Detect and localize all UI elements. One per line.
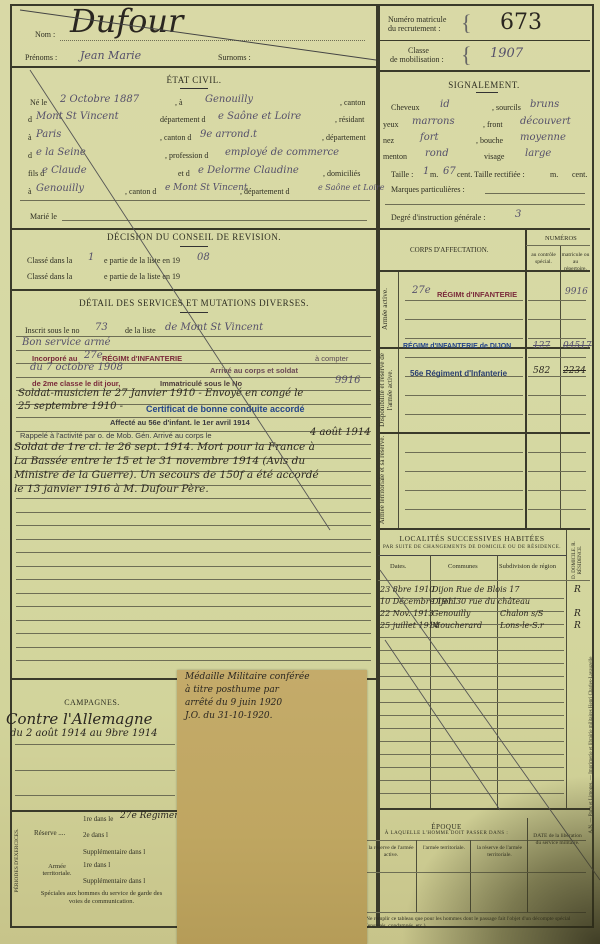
taille-cm-value: 67 [443,166,456,177]
ruled-line [16,647,371,648]
incorpore-regiment-num: 27e [84,350,103,361]
section-divider [378,432,590,434]
epoque-col1: la réserve de l'armée active. [366,845,416,859]
ruled-line [528,395,586,396]
ruled-line [16,579,371,580]
taille-cm-label: cent. Taille rectifiée : [457,170,525,179]
a-compter: à compter [315,354,348,363]
ruled-line [405,471,523,472]
profession-value: employé de commerce [225,147,339,158]
corps-header-bottom [378,270,590,272]
ruled-line [528,300,586,301]
resident-value: Paris [36,129,61,140]
col-divider [560,245,561,528]
taille-m-value: 1 [423,166,429,177]
domicilies-label: , domiciliés [323,169,360,178]
speciales: Spéciales aux hommes du service de garde… [34,890,169,906]
bouche-label: , bouche [476,136,503,145]
col-divider [470,840,471,912]
arrive-text: Arrivé au corps et soldat [210,366,298,375]
ruled-line [16,566,371,567]
nom-value: Dufour [70,2,183,40]
ruled-line [16,606,371,607]
visage-label: visage [484,152,504,161]
corps-row1-num: 27e [412,285,431,296]
corps-row2-matricule: 04517 [563,341,592,351]
localites-title: LOCALITÉS SUCCESSIVES HABITÉES [378,534,566,543]
matricule-label-2: du recrutement : [388,24,440,33]
ruled-line [380,741,564,742]
ne-le-label: Né le [30,98,47,107]
ruled-line [16,512,371,513]
col-communes: Communes [448,563,478,570]
ruled-line [380,728,564,729]
localite-commune: Genouilly [432,609,470,618]
ruled-line [405,395,523,396]
localite-flag: R [574,585,581,595]
rule [20,200,370,201]
medaille-line2: à titre posthume par [185,685,279,695]
nom-label: Nom : [35,30,55,39]
departement2-value: e la Seine [36,147,86,158]
ruled-line [405,319,523,320]
corps-title: CORPS D'AFFECTATION. [410,246,489,254]
medaille-line1: Médaille Militaire conférée [185,672,310,682]
medaille-line3: arrêté du 9 juin 1920 [185,698,282,708]
liste-value: de Mont St Vincent [165,322,263,333]
section-territoriale: Armée territoriale et sa réserve. [378,435,386,525]
degre-value: 3 [515,209,521,220]
classe-value: 1907 [490,46,523,61]
menton-label: menton [383,152,407,161]
title-underline [476,92,498,93]
corps-row2-controle: 127 [533,341,550,351]
fils-value: e Claude [42,165,87,176]
prenoms-label: Prénoms : [25,53,57,62]
corps-row2-stamp: RÉGIMt d'INFANTERIE de DIJON [403,343,511,350]
line-soldat: Soldat de 1re cl. le 26 sept. 1914. Mort… [14,441,315,453]
bouche-value: moyenne [520,132,566,143]
header-divider [12,66,376,68]
liste-label: de la liste [125,326,156,335]
nez-label: nez [383,136,394,145]
localites-subtitle: PAR SUITE DE CHANGEMENTS DE DOMICILE OU … [378,545,566,550]
epoque-note: Ne remplir ce tableau que pour les homme… [366,916,581,930]
matricule-value: 673 [500,10,542,35]
rule [378,580,590,581]
sourcils-value: bruns [530,99,559,110]
matricule-divider [378,40,590,41]
ruled-line [380,767,564,768]
yeux-value: marrons [412,116,455,127]
military-register-page: Nom : Dufour Prénoms : Jean Marie Surnom… [0,0,600,944]
departement2-prefix: d [28,151,32,160]
canton2-label: , canton d [160,133,191,142]
section-disponibilite: Disponibilité et réserve de l'armée acti… [378,345,394,435]
classe-divider [378,70,590,72]
matricule-label-1: Numéro matricule [388,15,446,24]
line-musicien: Soldat-musicien le 27 Janvier 1910 - Env… [18,388,303,399]
affecte-stamp: Affecté au 56e d'infant. le 1er avril 19… [110,418,250,427]
col-flag: D. DOMICILE. R. RÉSIDENCE. [572,535,584,585]
departement-label: département d [160,115,206,124]
section-active: Armée active. [380,273,389,345]
epoque-col2: l'armée territoriale. [418,845,470,852]
signalement-bottom [378,228,590,230]
ruled-line [528,490,586,491]
prenoms-value: Jean Marie [80,49,141,62]
printer-imprint: A.N. — Paris et Limoges. — Imprimerie et… [589,590,594,900]
ruled-line [380,780,564,781]
territoriale-1: 1re dans l [83,861,110,869]
ruled-line [16,620,371,621]
decision-row1-year: 08 [197,252,210,263]
front-value: découvert [520,116,571,127]
ruled-line [380,689,564,690]
epoque-col4: DATE de la libération du service militai… [530,833,585,847]
service-line2: Bon service armé [22,337,111,348]
ruled-line [528,452,586,453]
resident-label: , résidant [335,115,364,124]
line-sept: 25 septembre 1910 - [18,401,123,412]
medaille-line4: J.O. du 31-10-1920. [185,711,273,721]
immatricule-num: 9916 [335,375,360,386]
localite-flag: R [574,609,581,619]
ne-le-value: 2 Octobre 1887 [60,94,139,105]
front-label: , front [483,120,503,129]
sourcils-label: , sourcils [492,103,521,112]
canton-value: Mont St Vincent [36,111,119,122]
ruled-line [16,525,371,526]
ruled-line [380,754,564,755]
col-divider [566,530,567,808]
col-subdivision: Subdivision de région [499,563,556,570]
localite-flag: R [574,621,581,631]
classe2-text: de 2me classe le dit jour, [32,379,120,388]
date-incorp: du 7 octobre 1908 [30,362,123,373]
reserve-label: Réserve .... [34,829,65,837]
ruled-line [16,539,371,540]
reserve-2: 2e dans l [83,831,108,839]
yeux-label: yeux [383,120,399,129]
brace-icon: { [461,42,472,68]
visage-value: large [525,148,551,159]
ruled-line [380,663,564,664]
rule [364,912,586,913]
ruled-line [405,338,523,339]
decision-row1-partie: 1 [88,252,94,263]
canton3-value: e Mont St Vincent [165,183,248,193]
ruled-line [405,300,523,301]
departement-value: e Saône et Loire [218,111,301,122]
col-controle: au contrôle spécial. [527,252,560,266]
ruled-line [528,357,586,358]
localite-commune: Dijon Rue de Blois 17 [432,585,519,594]
ruled-line [16,350,371,351]
rule [526,245,590,246]
ruled-line [380,637,564,638]
decision-row2-prefix: Classé dans la [27,272,72,281]
marie-label: Marié le [30,212,57,221]
rappele-date: 4 août 1914 [310,427,371,438]
corps-row2-stamp-text: RÉGIMt d'INFANTERIE de DIJON [403,343,511,350]
degre-label: Degré d'instruction générale : [391,213,486,222]
title-underline [180,312,208,313]
immatricule-text: Immatriculé sous le No [160,379,242,388]
localite-commune: Moucherard [432,621,482,630]
ruled-line [16,377,371,378]
ruled-line [16,633,371,634]
decision-title: DÉCISION DU CONSEIL DE REVISION. [12,232,376,242]
localite-date: 23 8bre 1910 [380,585,434,594]
rule [364,872,586,873]
rule [15,770,175,771]
ruled-line [528,319,586,320]
ruled-line [405,509,523,510]
localites-bottom [378,808,590,810]
pasted-medal-note: Médaille Militaire conférée à titre post… [177,670,367,944]
canton-label: , canton [340,98,365,107]
campagnes-line2: du 2 août 1914 au 9bre 1914 [10,728,157,739]
periodes-side-label: PÉRIODES D'EXERCICES. [14,823,20,898]
line-ministre: Ministre de la Guerre). Un secours de 15… [14,469,319,481]
corps-row3-stamp: 56e Régiment d'Infanterie [410,369,507,378]
localite-date: 25 juillet 1914 [380,621,439,630]
rule [15,744,175,745]
marques-line [485,193,585,194]
rule [15,795,175,796]
localite-date: 22 Nov. 1913 [380,609,434,618]
ruled-line [528,338,586,339]
a-label: , à [175,98,183,107]
et-value: e Delorme Claudine [198,165,299,176]
departement3-value: e Saône et Loire [318,183,385,192]
marie-line [62,220,367,221]
ruled-line [528,509,586,510]
ruled-line [405,490,523,491]
canton2-value: 9e arrond.t [200,129,257,140]
taille-label: Taille : [391,170,413,179]
domicilies-prefix: à [28,187,32,196]
ruled-line [528,414,586,415]
corps-row1-stamp: RÉGIMt d'INFANTERIE [437,290,517,299]
reserve-supp: Supplémentaire dans l [83,848,145,856]
col-divider [525,228,527,528]
profession-label: , profession d [165,151,208,160]
ruled-line [405,357,523,358]
canton-prefix: d [28,115,32,124]
corps-row3-matricule: 2234 [563,366,586,376]
ruled-line [16,660,371,661]
resident-prefix: à [28,133,32,142]
ruled-line [16,593,371,594]
menton-value: rond [425,148,449,159]
nez-value: fort [420,132,439,143]
decision-row2-middle: e partie de la liste en 19 [104,272,180,281]
territoriale-label: Armée territoriale. [36,863,78,877]
ruled-line [16,498,371,499]
services-title: DÉTAIL DES SERVICES ET MUTATIONS DIVERSE… [12,298,376,308]
numeros-title: NUMÉROS [545,235,577,242]
ruled-line [405,452,523,453]
ruled-line [380,650,564,651]
taille-rect-m-label: m. [550,170,558,179]
corps-row3-controle: 582 [533,366,550,376]
localite-subdivision: Lons-le-S.r [500,621,544,630]
ruled-line [405,414,523,415]
epoque-title: ÉPOQUE [364,823,529,831]
ruled-line [528,471,586,472]
departement3-label: , département d [240,187,290,196]
surnoms-label: Surnoms : [218,53,251,62]
ruled-line [16,552,371,553]
etat-civil-title: ÉTAT CIVIL. [12,75,376,85]
localite-subdivision: Chalon s/S [500,609,543,618]
certificat-stamp: Certificat de bonne conduite accordé [146,404,305,414]
campagnes-line1: Contre l'Allemagne [6,710,153,728]
decision-bottom [12,289,376,291]
et-label: et d [178,169,190,178]
taille-rect-cm-label: cent. [572,170,587,179]
signalement-title: SIGNALEMENT. [378,80,590,90]
domicilies-value: Genouilly [36,183,84,194]
ruled-line [380,793,564,794]
canton3-label: , canton d [125,187,156,196]
localite-commune: Dijon 30 rue du château [432,597,530,606]
epoque-subtitle: À LAQUELLE L'HOMME DOIT PASSER DANS : [364,831,529,836]
brace-icon: { [461,10,472,36]
decision-row1-middle: e partie de la liste en 19 [104,256,180,265]
classe-label-2: de mobilisation : [390,55,444,64]
etat-civil-bottom [12,228,376,230]
col-divider [398,270,399,528]
marques-label: Marques particulières : [391,185,465,194]
ruled-line [380,715,564,716]
ruled-line [380,702,564,703]
rule [378,555,566,556]
a-value: Genouilly [205,94,253,105]
epoque-col3: la réserve de l'armée territoriale. [472,845,527,859]
col-dates: Dates. [390,563,406,570]
col-divider [416,840,417,912]
cheveux-value: id [440,99,450,110]
nom-line [60,40,365,41]
reserve-1: 1re dans le [83,815,113,823]
corps-row1-matricule: 9916 [565,287,588,297]
cheveux-label: Cheveux [391,103,419,112]
decision-row1-prefix: Classé dans la [27,256,72,265]
col-divider [527,818,528,912]
territoriale-supp: Supplémentaire dans l [83,877,145,885]
line-janvier: le 13 janvier 1916 à M. Dufour Père. [14,483,209,495]
corps-bottom [378,528,590,530]
classe-label-1: Classe [408,46,429,55]
title-underline [180,88,208,89]
inscrit-label: Inscrit sous le no [25,326,79,335]
campagnes-title: CAMPAGNES. [12,698,172,707]
taille-m-label: m. [430,170,438,179]
line-bassee: La Bassée entre le 15 et le 31 novembre … [14,455,305,467]
marques-line [385,204,585,205]
ruled-line [380,676,564,677]
ruled-line [528,376,586,377]
inscrit-num: 73 [95,322,108,333]
departement2-label: , département [322,133,366,142]
title-underline [180,246,208,247]
rappele-stamp: Rappelé à l'activité par o. de Mob. Gén.… [20,431,212,440]
